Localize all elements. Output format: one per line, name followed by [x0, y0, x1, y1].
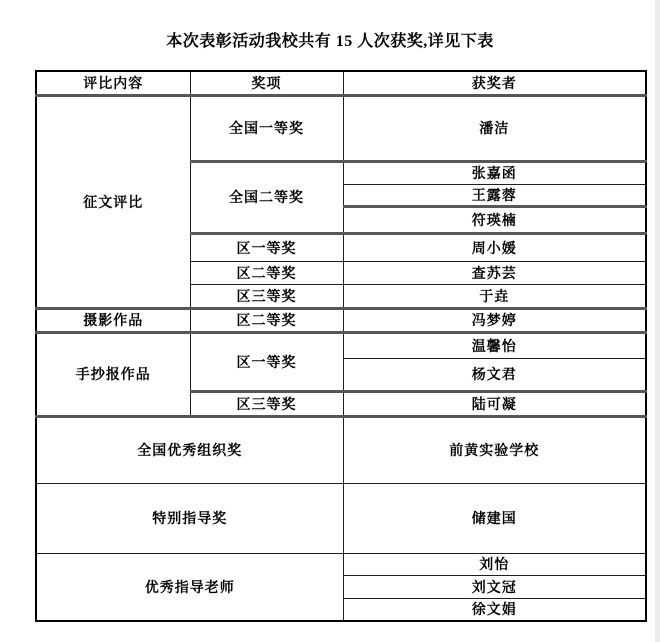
page-right-edge — [655, 0, 660, 642]
winner-cell: 查苏芸 — [343, 261, 646, 284]
teachers-award-cell: 优秀指导老师 — [36, 553, 343, 621]
award-cell-district-second: 区二等奖 — [190, 261, 343, 284]
header-cell-award: 奖项 — [190, 71, 343, 95]
award-cell-district-third: 区三等奖 — [190, 284, 343, 308]
winner-cell: 储建国 — [343, 483, 646, 553]
winner-cell: 陆可凝 — [343, 391, 646, 416]
special-award-cell: 特别指导奖 — [36, 483, 343, 553]
winner-cell: 杨文君 — [343, 358, 646, 391]
awards-table: 评比内容 奖项 获奖者 征文评比 全国一等奖 潘洁 全国二等奖 张嘉函 王露蓉 … — [35, 70, 647, 622]
winner-cell: 徐文娟 — [343, 598, 646, 621]
award-cell-district-first: 区一等奖 — [190, 332, 343, 391]
award-cell-district-second: 区二等奖 — [190, 308, 343, 332]
award-cell-national-first: 全国一等奖 — [190, 95, 343, 161]
handcopy-category-cell: 手抄报作品 — [36, 332, 190, 416]
winner-cell: 王露蓉 — [343, 184, 646, 206]
photography-category-cell: 摄影作品 — [36, 308, 190, 332]
award-cell-district-third: 区三等奖 — [190, 391, 343, 416]
winner-cell: 于垚 — [343, 284, 646, 308]
table-row: 全国优秀组织奖 前黄实验学校 — [36, 416, 646, 483]
winner-cell: 张嘉函 — [343, 161, 646, 184]
winner-cell: 温馨怡 — [343, 332, 646, 358]
table-row: 手抄报作品 区一等奖 温馨怡 — [36, 332, 646, 358]
winner-cell: 冯梦婷 — [343, 308, 646, 332]
table-row: 征文评比 全国一等奖 潘洁 — [36, 95, 646, 161]
award-cell-national-second: 全国二等奖 — [190, 161, 343, 233]
page-title: 本次表彰活动我校共有 15 人次获奖,详见下表 — [0, 28, 660, 51]
table-row: 特别指导奖 储建国 — [36, 483, 646, 553]
winner-cell: 周小媛 — [343, 233, 646, 261]
table-row: 摄影作品 区二等奖 冯梦婷 — [36, 308, 646, 332]
winner-cell: 潘洁 — [343, 95, 646, 161]
header-cell-winner: 获奖者 — [343, 71, 646, 95]
winner-cell: 刘文冠 — [343, 575, 646, 598]
winner-cell: 符瑛楠 — [343, 206, 646, 233]
winner-cell: 刘怡 — [343, 553, 646, 575]
table-header-row: 评比内容 奖项 获奖者 — [36, 71, 646, 95]
winner-cell: 前黄实验学校 — [343, 416, 646, 483]
essay-category-cell: 征文评比 — [36, 95, 190, 308]
document-page: 本次表彰活动我校共有 15 人次获奖,详见下表 评比内容 奖项 获奖者 征文评比… — [0, 0, 660, 642]
header-cell-content: 评比内容 — [36, 71, 190, 95]
award-cell-district-first: 区一等奖 — [190, 233, 343, 261]
table-row: 优秀指导老师 刘怡 — [36, 553, 646, 575]
org-award-cell: 全国优秀组织奖 — [36, 416, 343, 483]
